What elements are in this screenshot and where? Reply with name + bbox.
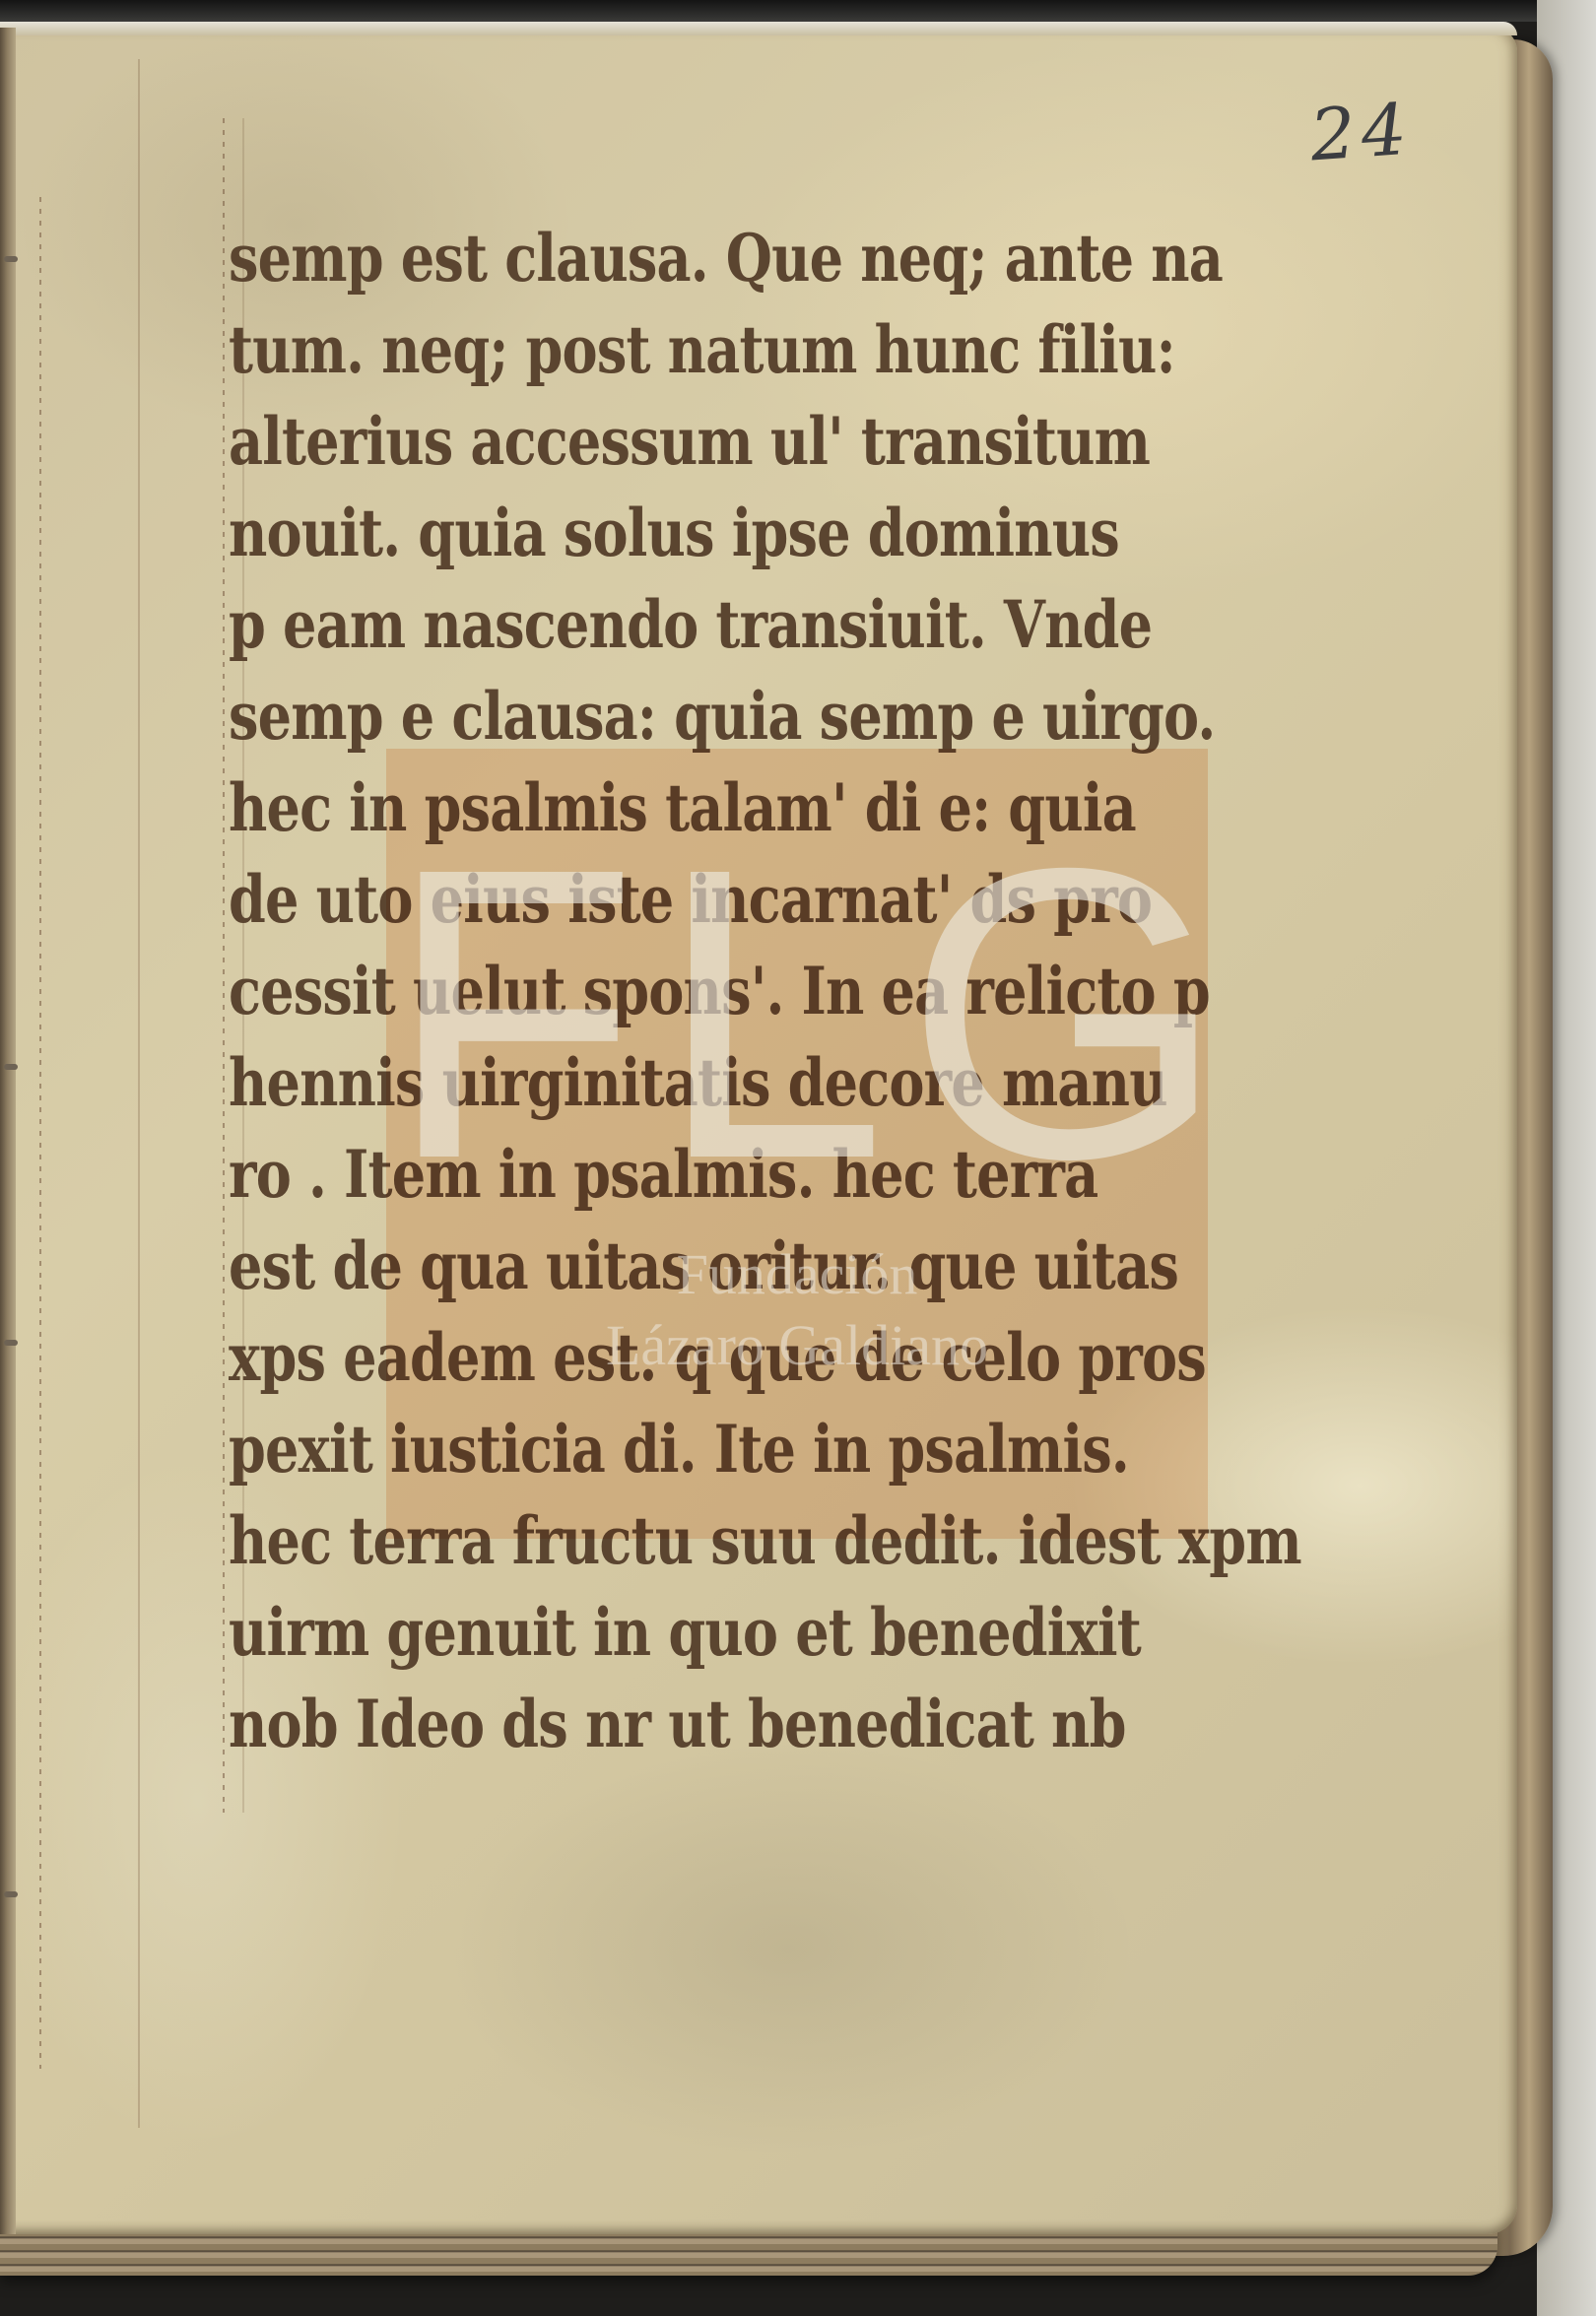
manuscript-line: uirm genuit in quo et benedixit [229,1593,1141,1672]
parchment-top-edge [0,22,1517,35]
manuscript-line: pexit iusticia di. Ite in psalmis. [229,1410,1129,1489]
manuscript-line: tum. neq; post natum hunc filiu: [229,310,1175,389]
binding-stitch [4,1340,18,1346]
gutter-binding [0,28,16,2234]
manuscript-line: semp e clausa: quia semp e uirgo. [229,677,1215,756]
manuscript-line: hennis uirginitatis decore manu [229,1043,1167,1122]
manuscript-line: p eam nascendo transiuit. Vnde [229,585,1152,664]
binding-stitch [4,256,18,262]
binding-stitch [4,1891,18,1897]
binding-stitch [4,1064,18,1070]
manuscript-line: de uto eius iste incarnat' ds pro [229,860,1152,939]
backdrop-top [0,0,1596,22]
manuscript-line: cessit uelut spons'. In ea relicto p [229,952,1210,1030]
manuscript-line: nob Ideo ds nr ut benedicat nb [229,1685,1126,1763]
folio-number: 24 [1307,87,1415,176]
manuscript-line: alterius accessum ul' transitum [229,402,1150,481]
prick-line-left [39,197,41,2069]
manuscript-line: xps eadem est. q que de celo pros [229,1318,1206,1397]
manuscript-line: est de qua uitas oritur. que uitas [229,1226,1178,1305]
manuscript-line: hec terra fructu suu dedit. idest xpm [229,1501,1301,1580]
ruling-line-inner [223,118,225,1813]
manuscript-line: semp est clausa. Que neq; ante na [229,219,1223,298]
manuscript-line: ro . Item in psalmis. hec terra [229,1135,1097,1214]
ruling-line-outer [138,59,140,2128]
manuscript-line: hec in psalmis talam' di e: quia [229,768,1136,847]
manuscript-line: nouit. quia solus ipse dominus [229,494,1119,572]
